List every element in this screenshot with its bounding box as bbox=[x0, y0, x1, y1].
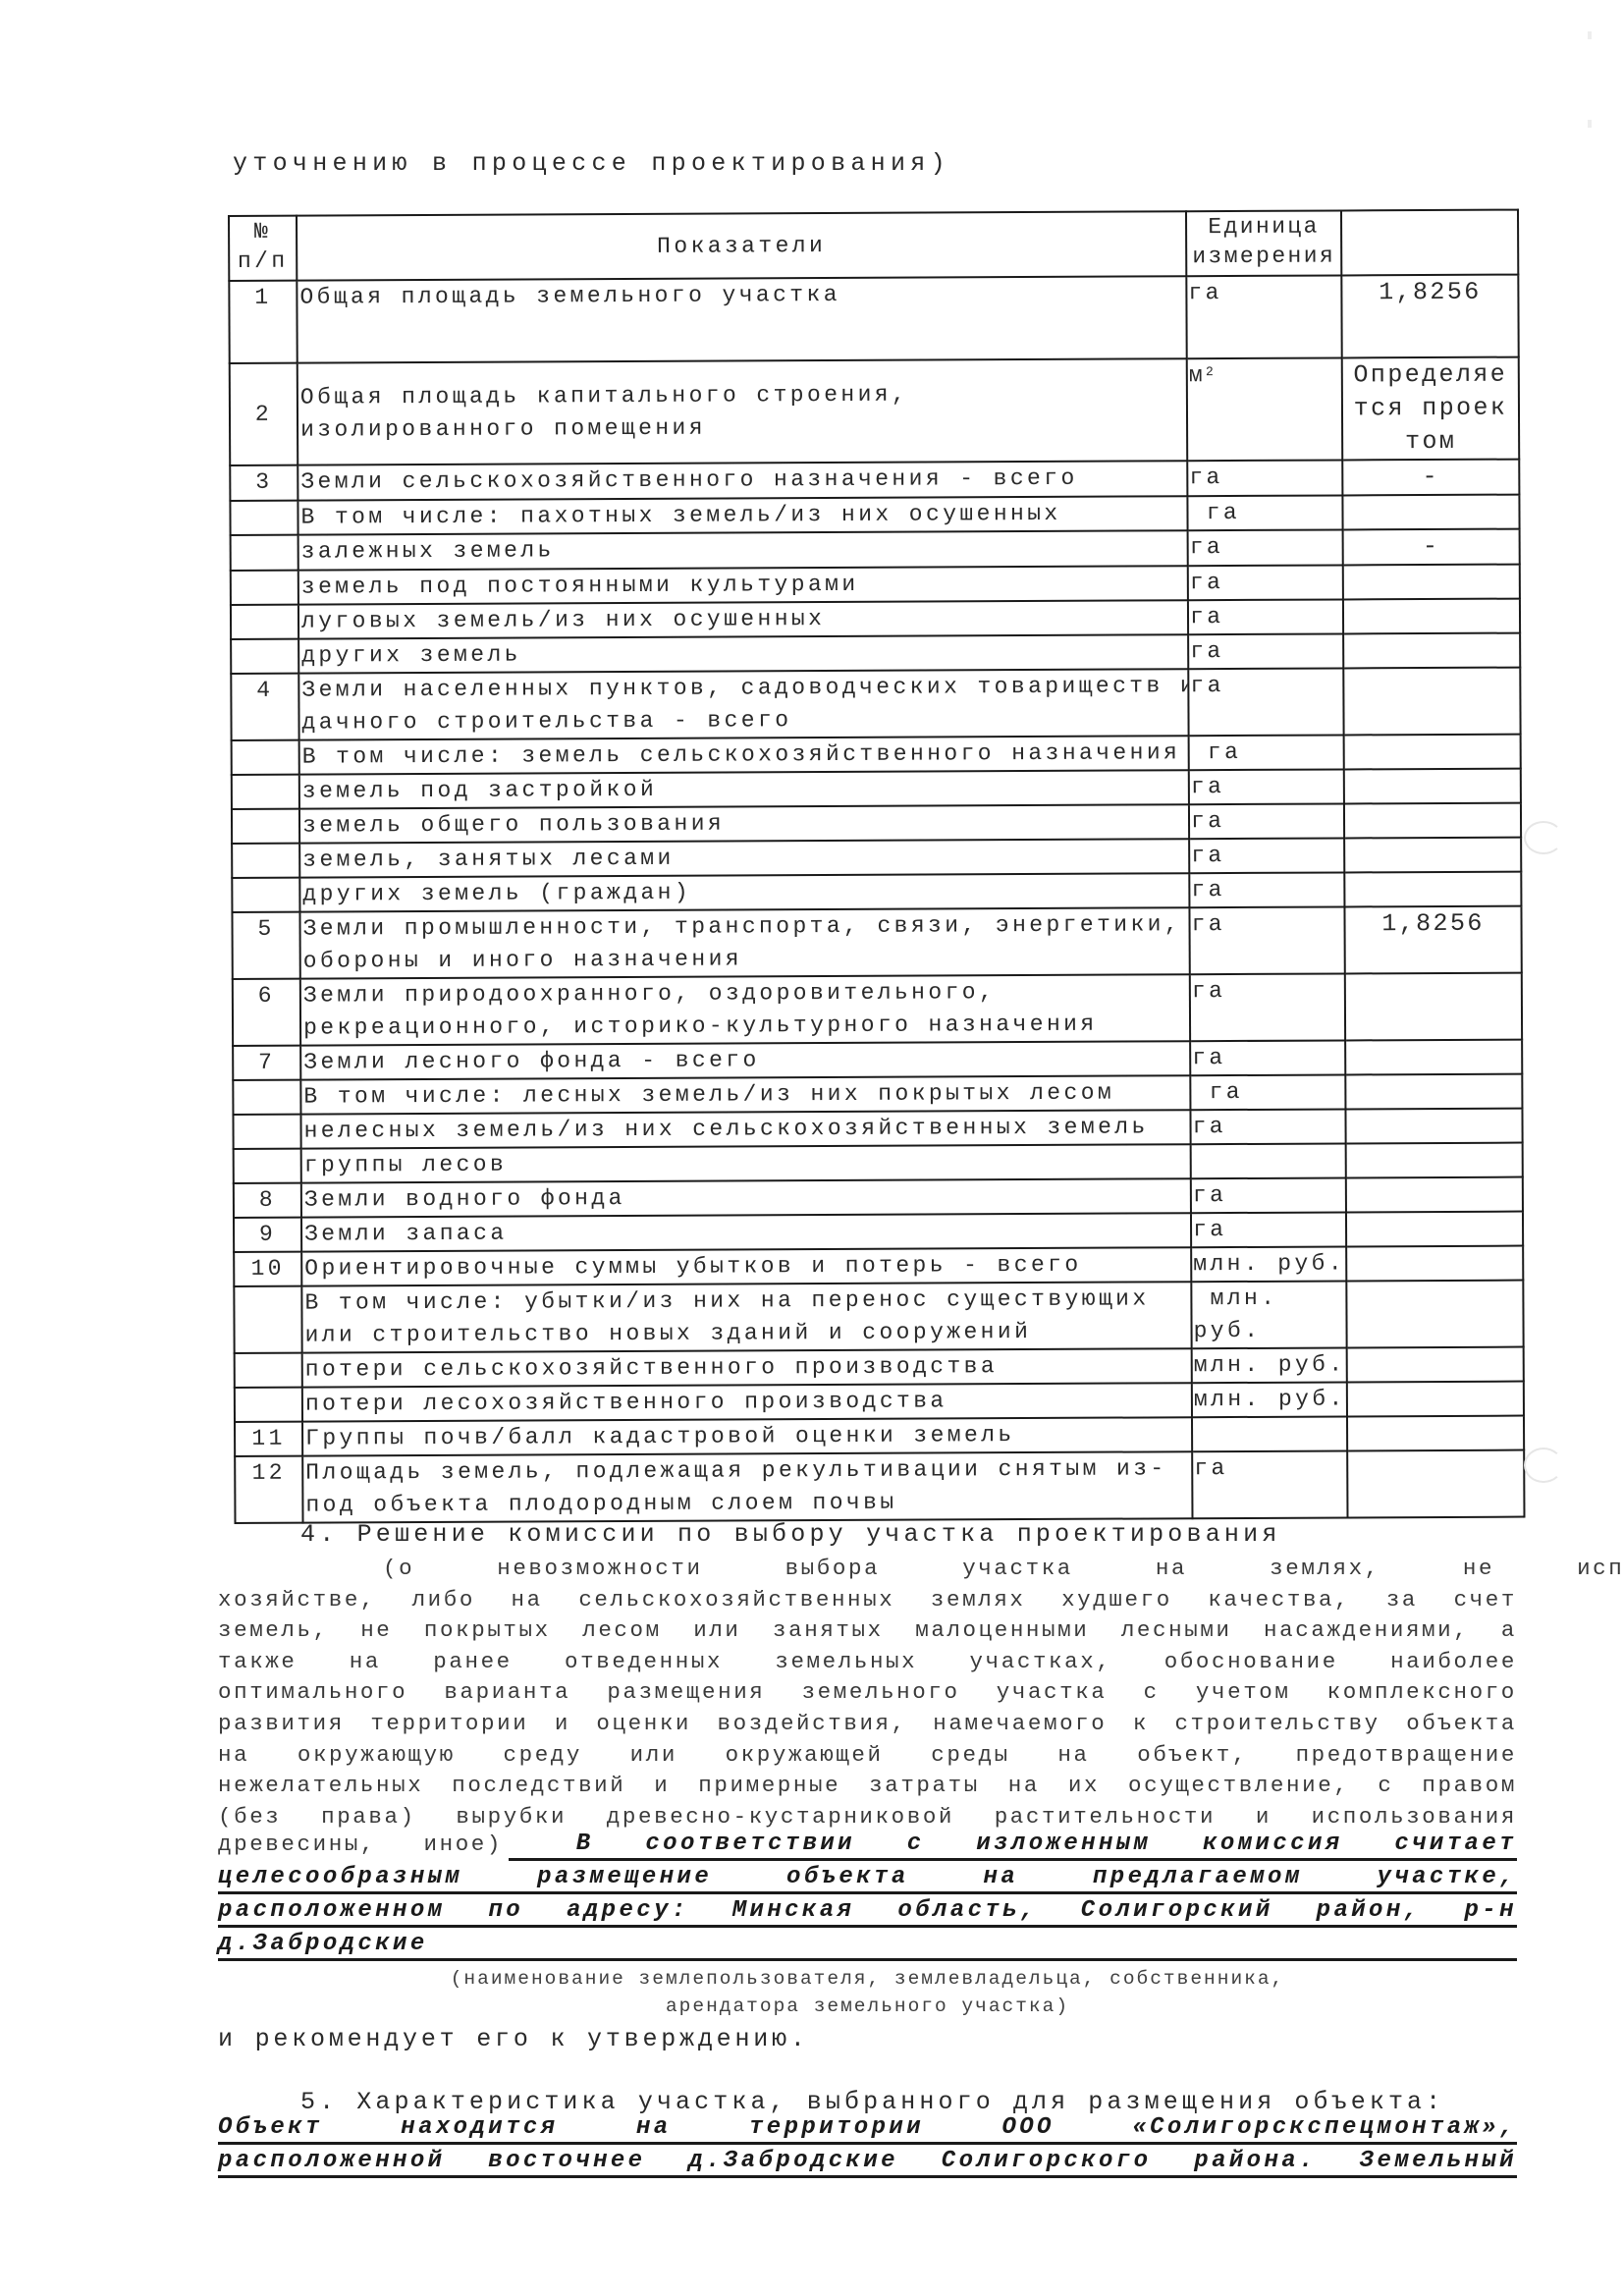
row-number bbox=[234, 1149, 301, 1183]
indicator-value bbox=[1343, 565, 1520, 600]
indicator-value bbox=[1344, 838, 1521, 873]
row-number bbox=[232, 844, 299, 878]
indicator-value bbox=[1344, 735, 1521, 770]
indicator-name: других земель bbox=[298, 634, 1188, 673]
indicator-name: Земли лесного фонда - всего bbox=[300, 1041, 1190, 1079]
decision-prefix: древесины,иное) bbox=[218, 1828, 503, 1861]
indicator-value: - bbox=[1342, 460, 1519, 496]
unit-of-measure: га bbox=[1188, 529, 1343, 566]
indicator-name: В том числе: лесных земель/из них покрыт… bbox=[300, 1075, 1190, 1114]
row-number: 2 bbox=[230, 363, 298, 465]
paragraph-line: развитиятерриториииоценкивоздействия,нам… bbox=[218, 1709, 1517, 1740]
indicator-name: Площадь земель, подлежащая рекультивации… bbox=[302, 1451, 1192, 1522]
row-number: 7 bbox=[233, 1046, 300, 1080]
unit-of-measure: га bbox=[1190, 973, 1345, 1041]
row-number bbox=[231, 571, 298, 605]
footnote-line: (наименование землепользователя, землевл… bbox=[218, 1965, 1517, 1993]
underlined-line: ОбъектнаходитсянатерриторииООО«Солигорск… bbox=[218, 2111, 1517, 2145]
row-number bbox=[232, 878, 299, 912]
indicator-name: других земель (граждан) bbox=[299, 873, 1189, 911]
indicator-name: Земли запаса bbox=[301, 1213, 1191, 1251]
unit-of-measure bbox=[1191, 1143, 1346, 1178]
indicator-value bbox=[1345, 973, 1522, 1041]
paragraph-line: хозяйстве,либонасельскохозяйственныхземл… bbox=[218, 1585, 1517, 1616]
paragraph-line: такженаранееотведенныхземельныхучастках,… bbox=[218, 1647, 1517, 1678]
indicator-name: потери сельскохозяйственного производств… bbox=[302, 1348, 1192, 1387]
row-number: 4 bbox=[231, 674, 298, 740]
unit-of-measure: га bbox=[1190, 1109, 1345, 1144]
header-num: № п/п bbox=[229, 216, 297, 281]
unit-superscript: 2 bbox=[1206, 364, 1214, 379]
paragraph-line: нежелательныхпоследствийипримерныезатрат… bbox=[218, 1771, 1517, 1802]
indicator-name: земель, занятых лесами bbox=[299, 839, 1189, 877]
table-row: 1Общая площадь земельного участкага1,825… bbox=[229, 275, 1518, 363]
indicator-name: Ориентировочные суммы убытков и потерь -… bbox=[301, 1247, 1191, 1285]
unit-of-measure: га bbox=[1186, 275, 1341, 358]
table-row: 5Земли промышленности, транспорта, связи… bbox=[232, 906, 1521, 979]
unit-of-measure: млн. руб. bbox=[1191, 1246, 1346, 1282]
indicator-name: луговых земель/из них осушенных bbox=[298, 600, 1188, 638]
scan-speck bbox=[1588, 31, 1592, 39]
indicator-value: 1,8256 bbox=[1341, 275, 1518, 358]
indicator-value bbox=[1347, 1347, 1524, 1383]
row-number bbox=[232, 809, 299, 844]
unit-of-measure: га bbox=[1189, 769, 1344, 804]
unit-of-measure: га bbox=[1189, 906, 1344, 974]
unit-of-measure: га bbox=[1192, 1450, 1347, 1518]
unit-of-measure: га bbox=[1187, 460, 1342, 496]
indicator-value: - bbox=[1343, 529, 1520, 566]
unit-of-measure: га bbox=[1187, 495, 1342, 530]
table-body: 1Общая площадь земельного участкага1,825… bbox=[229, 275, 1524, 1523]
table-row: 4Земли населенных пунктов, садоводческих… bbox=[231, 668, 1520, 740]
underline-rule bbox=[218, 2175, 1517, 2178]
indicator-value bbox=[1346, 1246, 1523, 1282]
paragraph-line: оптимальноговариантаразмещенияземельного… bbox=[218, 1677, 1517, 1709]
unit-of-measure: га bbox=[1189, 735, 1344, 770]
unit-of-measure: га bbox=[1190, 1074, 1345, 1110]
underlined-line: расположенномпоадресу:Минскаяобласть,Сол… bbox=[218, 1894, 1517, 1928]
underlined-line: древесины,иное)Всоответствиисизложеннымк… bbox=[218, 1828, 1517, 1861]
indicator-value bbox=[1345, 1074, 1522, 1110]
indicator-value bbox=[1343, 668, 1520, 736]
indicator-value bbox=[1344, 769, 1521, 804]
header-value bbox=[1341, 210, 1518, 276]
indicator-name: Земли водного фонда bbox=[301, 1178, 1191, 1217]
unit-of-measure: га bbox=[1189, 803, 1344, 839]
indicator-value bbox=[1344, 803, 1521, 839]
indicator-name: залежных земель bbox=[298, 530, 1188, 570]
unit-of-measure: млн. руб. bbox=[1192, 1382, 1347, 1417]
indicator-name: Земли сельскохозяйственного назначения -… bbox=[298, 461, 1187, 500]
indicator-name: Земли природоохранного, оздоровительного… bbox=[300, 974, 1190, 1045]
row-number: 11 bbox=[235, 1422, 302, 1456]
footnote-line: арендатора земельного участка) bbox=[218, 1993, 1517, 2020]
indicator-value bbox=[1344, 872, 1521, 907]
row-number: 3 bbox=[230, 465, 298, 501]
owner-footnote: (наименование землепользователя, землевл… bbox=[218, 1965, 1517, 2020]
indicator-value bbox=[1345, 1040, 1522, 1075]
row-number: 1 bbox=[229, 281, 297, 363]
unit-of-measure: га bbox=[1191, 1177, 1346, 1213]
row-number bbox=[230, 501, 298, 535]
indicator-value bbox=[1346, 1177, 1523, 1213]
header-indicators: Показатели bbox=[297, 211, 1186, 280]
row-number bbox=[232, 775, 299, 809]
indicator-name: земель под застройкой bbox=[299, 770, 1189, 808]
indicator-name: группы лесов bbox=[301, 1144, 1191, 1182]
land-indicators-table: № п/п Показатели Единица измерения 1Обща… bbox=[228, 209, 1525, 1524]
punch-hole-mark bbox=[1524, 1448, 1563, 1483]
table-row: 2Общая площадь капитального строения, из… bbox=[230, 357, 1519, 465]
indicator-value bbox=[1347, 1382, 1524, 1417]
unit-of-measure: га bbox=[1188, 565, 1343, 600]
underlined-line: д.Забродские bbox=[218, 1928, 1517, 1961]
indicator-value bbox=[1346, 1281, 1523, 1348]
indicator-name: В том числе: убытки/из них на перенос су… bbox=[301, 1282, 1191, 1352]
row-number bbox=[235, 1388, 302, 1422]
table-row: В том числе: убытки/из них на перенос су… bbox=[234, 1281, 1523, 1353]
table-header-row: № п/п Показатели Единица измерения bbox=[229, 210, 1518, 281]
unit-of-measure: га bbox=[1188, 668, 1343, 736]
intro-line: уточнению в процессе проектирования) bbox=[233, 149, 950, 178]
unit-of-measure: га bbox=[1188, 633, 1343, 669]
indicator-value bbox=[1343, 633, 1520, 669]
header-unit: Единица измерения bbox=[1186, 210, 1341, 276]
unit-of-measure: млн. руб. bbox=[1192, 1347, 1347, 1383]
indicator-name: потери лесохозяйственного производства bbox=[302, 1383, 1192, 1421]
unit-of-measure: га bbox=[1188, 599, 1343, 634]
table-row: 12Площадь земель, подлежащая рекультивац… bbox=[235, 1450, 1524, 1523]
paragraph-line: земель,непокрытыхлесомилизанятыхмалоценн… bbox=[218, 1615, 1517, 1647]
indicator-value bbox=[1347, 1416, 1524, 1451]
indicator-name: Земли населенных пунктов, садоводческих … bbox=[298, 669, 1188, 739]
section-4-title: 4. Решение комиссии по выбору участка пр… bbox=[300, 1520, 1281, 1549]
indicator-name: Группы почв/балл кадастровой оценки земе… bbox=[302, 1417, 1192, 1455]
indicator-name: земель под постоянными культурами bbox=[298, 566, 1188, 604]
document-page: уточнению в процессе проектирования) № п… bbox=[0, 0, 1623, 2296]
indicator-name: нелесных земель/из них сельскохозяйствен… bbox=[300, 1110, 1190, 1148]
row-number bbox=[233, 1115, 300, 1149]
unit-of-measure: га bbox=[1189, 838, 1344, 873]
row-number: 6 bbox=[233, 979, 300, 1046]
paragraph-line: (оневозможностивыбораучастканаземлях,неи… bbox=[218, 1554, 1517, 1585]
indicator-value: Определяе тся проектом bbox=[1342, 357, 1520, 461]
row-number: 8 bbox=[234, 1183, 301, 1218]
row-number: 9 bbox=[234, 1218, 301, 1252]
row-number bbox=[234, 1286, 301, 1353]
indicator-name: Общая площадь земельного участка bbox=[297, 276, 1186, 362]
punch-hole-mark bbox=[1524, 821, 1563, 854]
underline-rule bbox=[218, 1958, 1517, 1961]
underlined-line: целесообразнымразмещениеобъектанапредлаг… bbox=[218, 1861, 1517, 1894]
table-row: 6Земли природоохранного, оздоровительног… bbox=[233, 973, 1522, 1046]
indicator-value bbox=[1342, 495, 1519, 530]
unit-of-measure: млн. руб. bbox=[1191, 1281, 1346, 1348]
row-number bbox=[233, 1080, 300, 1115]
indicator-value bbox=[1345, 1109, 1522, 1144]
unit-of-measure bbox=[1192, 1416, 1347, 1451]
indicator-name: земель общего пользования bbox=[299, 804, 1189, 843]
underlined-line: расположеннойвосточнеед.ЗабродскиеСолиго… bbox=[218, 2145, 1517, 2178]
indicator-name: В том числе: земель сельскохозяйственног… bbox=[299, 736, 1189, 774]
indicator-name: Земли промышленности, транспорта, связи,… bbox=[299, 907, 1189, 978]
unit-of-measure: га bbox=[1190, 1040, 1345, 1075]
site-characteristics: ОбъектнаходитсянатерриторииООО«Солигорск… bbox=[218, 2111, 1517, 2200]
row-number: 12 bbox=[235, 1456, 302, 1523]
indicator-name: Общая площадь капитального строения, изо… bbox=[298, 358, 1187, 465]
indicator-value: 1,8256 bbox=[1344, 906, 1521, 974]
unit-of-measure: га bbox=[1189, 872, 1344, 907]
row-number bbox=[235, 1353, 302, 1388]
indicator-value bbox=[1347, 1450, 1524, 1518]
indicator-value bbox=[1346, 1212, 1523, 1247]
unit-of-measure: га bbox=[1191, 1212, 1346, 1247]
scan-speck bbox=[1588, 120, 1592, 128]
row-number: 5 bbox=[232, 912, 299, 979]
row-number: 10 bbox=[234, 1252, 301, 1286]
section-4-paragraph: (оневозможностивыбораучастканаземлях,неи… bbox=[218, 1554, 1517, 1832]
unit-of-measure: м2 bbox=[1187, 357, 1343, 461]
row-number bbox=[231, 535, 298, 571]
commission-decision: древесины,иное)Всоответствиисизложеннымк… bbox=[218, 1828, 1517, 1965]
indicator-name: В том числе: пахотных земель/из них осуш… bbox=[298, 496, 1187, 534]
recommendation-line: и рекомендует его к утверждению. bbox=[218, 2025, 809, 2053]
indicator-value bbox=[1343, 599, 1520, 634]
row-number bbox=[231, 605, 298, 639]
indicator-value bbox=[1346, 1143, 1523, 1178]
paragraph-line: наокружающуюсредуилиокружающейсредынаобъ… bbox=[218, 1740, 1517, 1772]
row-number bbox=[232, 740, 299, 775]
row-number bbox=[231, 639, 298, 674]
